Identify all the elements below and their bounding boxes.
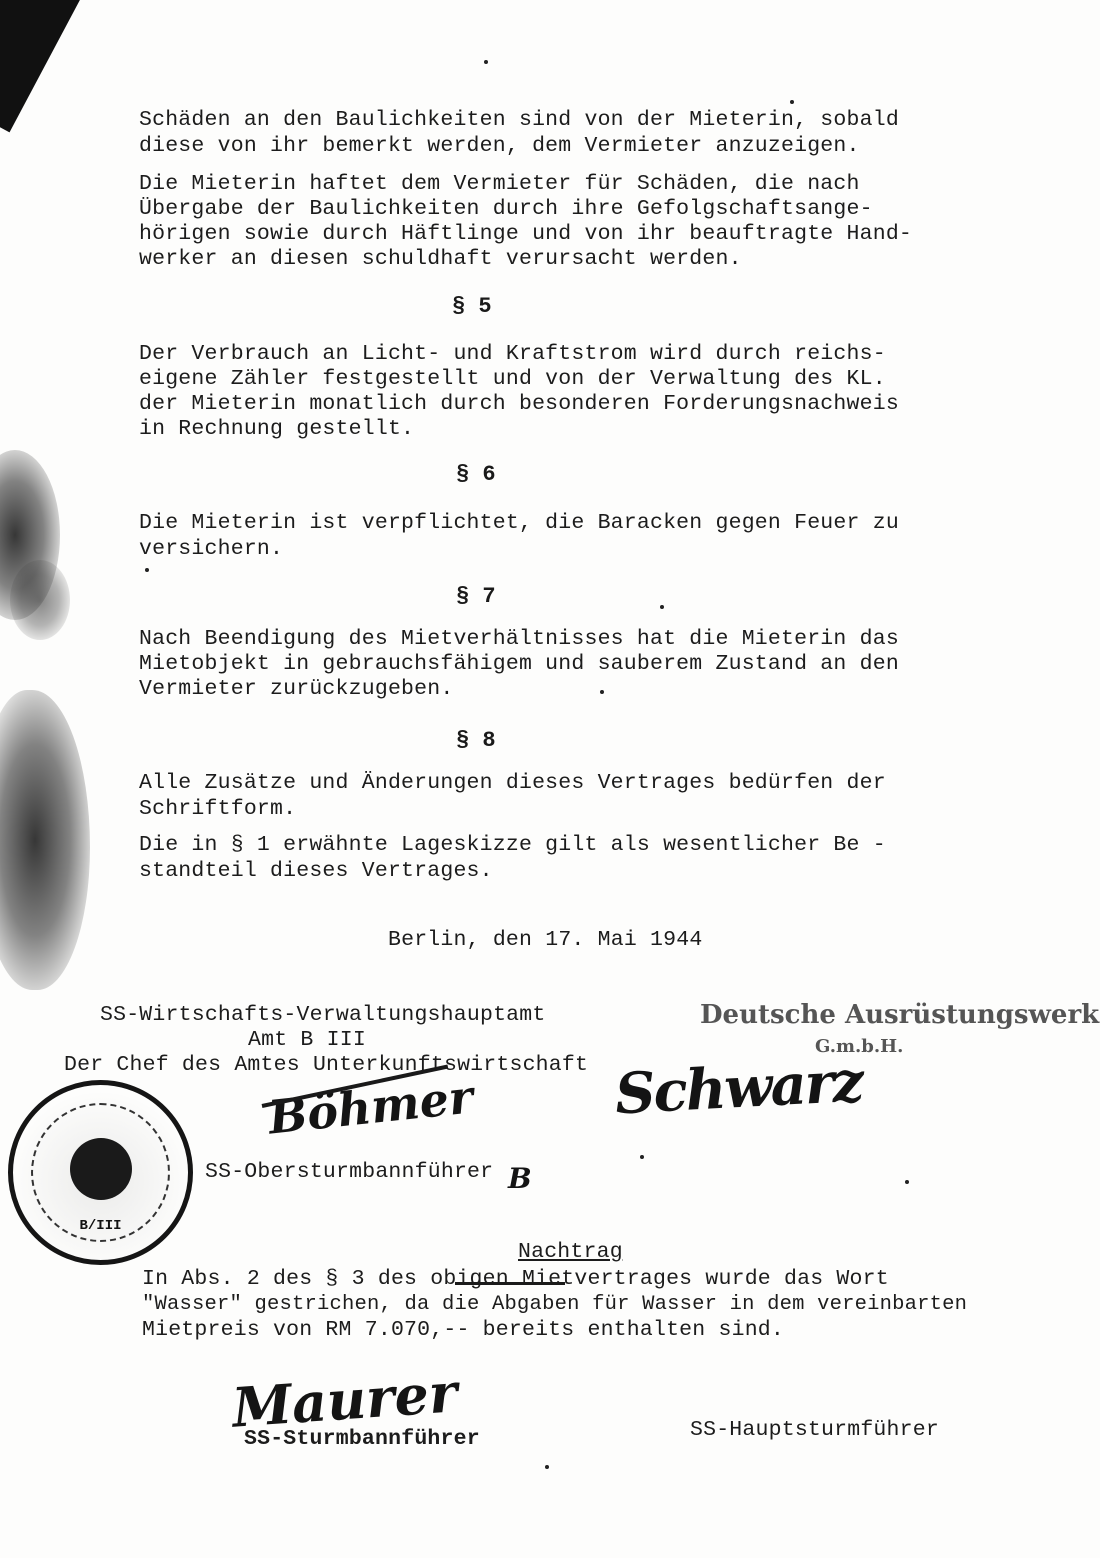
section-5-line: eigene Zähler festgestellt und von der V… bbox=[139, 367, 886, 392]
scan-speck bbox=[484, 60, 488, 64]
scan-smudge bbox=[0, 690, 90, 990]
office-department: Amt B III bbox=[248, 1028, 366, 1053]
section-8-line: Schriftform. bbox=[139, 797, 296, 822]
liability-line: hörigen sowie durch Häftlinge und von ih… bbox=[139, 222, 912, 247]
scan-speck bbox=[905, 1180, 909, 1184]
section-8-heading: § 8 bbox=[456, 728, 496, 753]
section-7-line: Vermieter zurückzugeben. bbox=[139, 677, 453, 702]
office-chief-title: Der Chef des Amtes Unterkunftswirtschaft bbox=[64, 1053, 588, 1078]
scan-speck bbox=[640, 1155, 644, 1159]
liability-line: Übergabe der Baulichkeiten durch ihre Ge… bbox=[139, 197, 873, 222]
document-page: Schäden an den Baulichkeiten sind von de… bbox=[0, 0, 1100, 1558]
scan-speck bbox=[790, 100, 794, 104]
addendum-line: "Wasser" gestrichen, da die Abgaben für … bbox=[142, 1292, 967, 1317]
seal-label: B/III bbox=[13, 1218, 188, 1234]
section-7-line: Mietobjekt in gebrauchsfähigem und saube… bbox=[139, 652, 899, 677]
scan-speck bbox=[145, 568, 149, 572]
section-8-line: Alle Zusätze und Änderungen dieses Vertr… bbox=[139, 771, 886, 796]
scan-corner-shadow bbox=[0, 0, 80, 132]
addendum-line: In Abs. 2 des § 3 des obigen Mietvertrag… bbox=[142, 1267, 889, 1292]
rank-addendum-right: SS-Hauptsturmführer bbox=[690, 1418, 939, 1443]
signature-right: Schwarz bbox=[613, 1049, 863, 1128]
section-6-line: versichern. bbox=[139, 537, 283, 562]
section-5-line: der Mieterin monatlich durch besonderen … bbox=[139, 392, 899, 417]
scan-speck bbox=[600, 690, 604, 694]
place-and-date: Berlin, den 17. Mai 1944 bbox=[388, 928, 702, 953]
initial-mark: B bbox=[508, 1162, 532, 1195]
company-stamp-name: Deutsche Ausrüstungswerke bbox=[700, 1000, 1100, 1030]
section-8-line: Die in § 1 erwähnte Lageskizze gilt als … bbox=[139, 833, 886, 858]
scan-speck bbox=[545, 1465, 549, 1469]
damages-notice-line: diese von ihr bemerkt werden, dem Vermie… bbox=[139, 134, 860, 159]
damages-notice-line: Schäden an den Baulichkeiten sind von de… bbox=[139, 108, 899, 133]
section-6-line: Die Mieterin ist verpflichtet, die Barac… bbox=[139, 511, 899, 536]
section-8-line: standteil dieses Vertrages. bbox=[139, 859, 493, 884]
section-6-heading: § 6 bbox=[456, 462, 496, 487]
addendum-line: Mietpreis von RM 7.070,-- bereits enthal… bbox=[142, 1318, 784, 1343]
section-5-line: in Rechnung gestellt. bbox=[139, 417, 414, 442]
rank-left: SS-Obersturmbannführer bbox=[205, 1160, 493, 1185]
seal-emblem bbox=[70, 1138, 132, 1200]
scan-smudge bbox=[10, 560, 70, 640]
section-7-heading: § 7 bbox=[456, 584, 496, 609]
section-7-line: Nach Beendigung des Mietverhältnisses ha… bbox=[139, 627, 899, 652]
strikethrough-mark bbox=[455, 1282, 565, 1285]
addendum-title: Nachtrag bbox=[518, 1240, 623, 1265]
rank-addendum-left: SS-Sturmbannführer bbox=[244, 1427, 480, 1452]
official-seal: B/III bbox=[8, 1080, 193, 1265]
liability-line: Die Mieterin haftet dem Vermieter für Sc… bbox=[139, 172, 860, 197]
office-name: SS-Wirtschafts-Verwaltungshauptamt bbox=[100, 1003, 545, 1028]
scan-speck bbox=[660, 605, 664, 609]
liability-line: werker an diesen schuldhaft verursacht w… bbox=[139, 247, 742, 272]
section-5-line: Der Verbrauch an Licht- und Kraftstrom w… bbox=[139, 342, 886, 367]
section-5-heading: § 5 bbox=[452, 294, 492, 319]
